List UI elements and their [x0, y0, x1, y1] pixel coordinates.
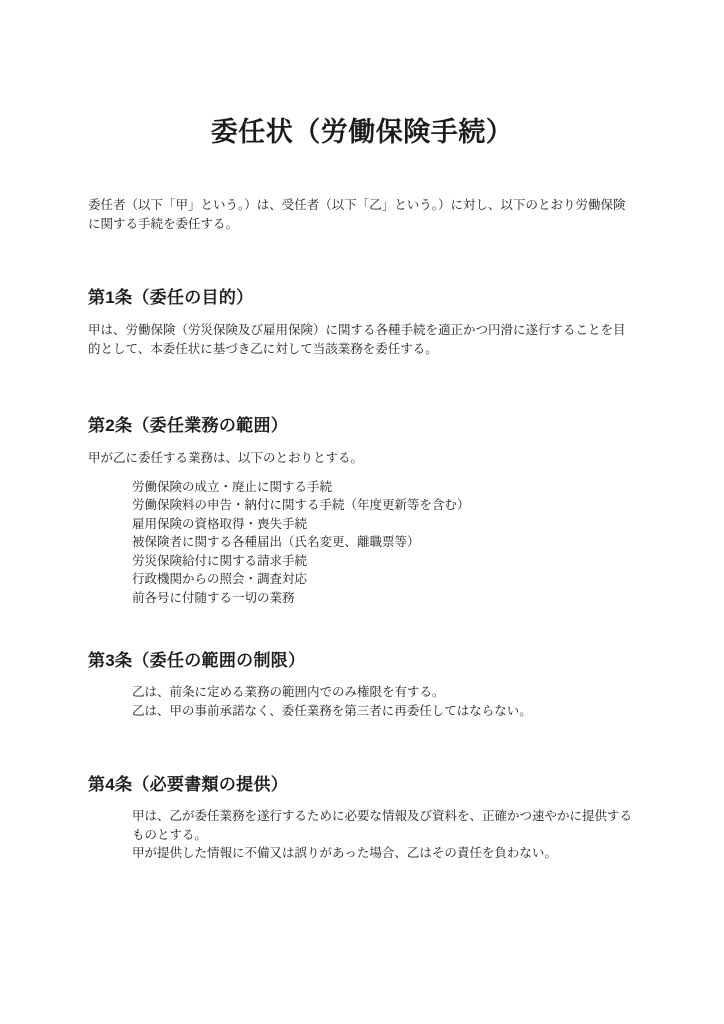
article-4-item-list: 甲は、乙が委任業務を遂行するために必要な情報及び資料を、正確かつ速やかに提供する… [132, 807, 636, 863]
article-1: 第1条（委任の目的） 甲は、労働保険（労災保険及び雇用保険）に関する各種手続を適… [88, 286, 636, 358]
article-3-item-list: 乙は、前条に定める業務の範囲内でのみ権限を有する。 乙は、甲の事前承諾なく、委任… [132, 683, 636, 720]
article-2-paragraph: 甲が乙に委任する業務は、以下のとおりとする。 [88, 449, 636, 468]
article-4-heading: 第4条（必要書類の提供） [88, 773, 636, 797]
list-item: 被保険者に関する各種届出（氏名変更、離職票等） [132, 533, 636, 552]
list-item: 行政機関からの照会・調査対応 [132, 570, 636, 589]
article-2-heading: 第2条（委任業務の範囲） [88, 414, 636, 438]
list-item: 労災保険給付に関する請求手続 [132, 552, 636, 571]
document-page: 委任状（労働保険手続） 委任者（以下「甲」という。）は、受任者（以下「乙」という… [0, 0, 724, 1024]
article-3-heading: 第3条（委任の範囲の制限） [88, 649, 636, 673]
article-1-paragraph: 甲は、労働保険（労災保険及び雇用保険）に関する各種手続を適正かつ円滑に遂行するこ… [88, 321, 636, 358]
list-item: 雇用保険の資格取得・喪失手続 [132, 515, 636, 534]
list-item: 労働保険料の申告・納付に関する手続（年度更新等を含む） [132, 496, 636, 515]
list-item: 労働保険の成立・廃止に関する手続 [132, 478, 636, 497]
list-item: 甲は、乙が委任業務を遂行するために必要な情報及び資料を、正確かつ速やかに提供する… [132, 807, 636, 844]
list-item: 前各号に付随する一切の業務 [132, 589, 636, 608]
list-item: 甲が提供した情報に不備又は誤りがあった場合、乙はその責任を負わない。 [132, 844, 636, 863]
article-2-item-list: 労働保険の成立・廃止に関する手続 労働保険料の申告・納付に関する手続（年度更新等… [132, 478, 636, 608]
intro-paragraph: 委任者（以下「甲」という。）は、受任者（以下「乙」という。）に対し、以下のとおり… [88, 196, 636, 233]
list-item: 乙は、甲の事前承諾なく、委任業務を第三者に再委任してはならない。 [132, 702, 636, 721]
article-3: 第3条（委任の範囲の制限） 乙は、前条に定める業務の範囲内でのみ権限を有する。 … [88, 649, 636, 720]
article-2: 第2条（委任業務の範囲） 甲が乙に委任する業務は、以下のとおりとする。 労働保険… [88, 414, 636, 607]
document-title: 委任状（労働保険手続） [88, 0, 636, 150]
article-4: 第4条（必要書類の提供） 甲は、乙が委任業務を遂行するために必要な情報及び資料を… [88, 773, 636, 863]
article-1-heading: 第1条（委任の目的） [88, 286, 636, 310]
list-item: 乙は、前条に定める業務の範囲内でのみ権限を有する。 [132, 683, 636, 702]
